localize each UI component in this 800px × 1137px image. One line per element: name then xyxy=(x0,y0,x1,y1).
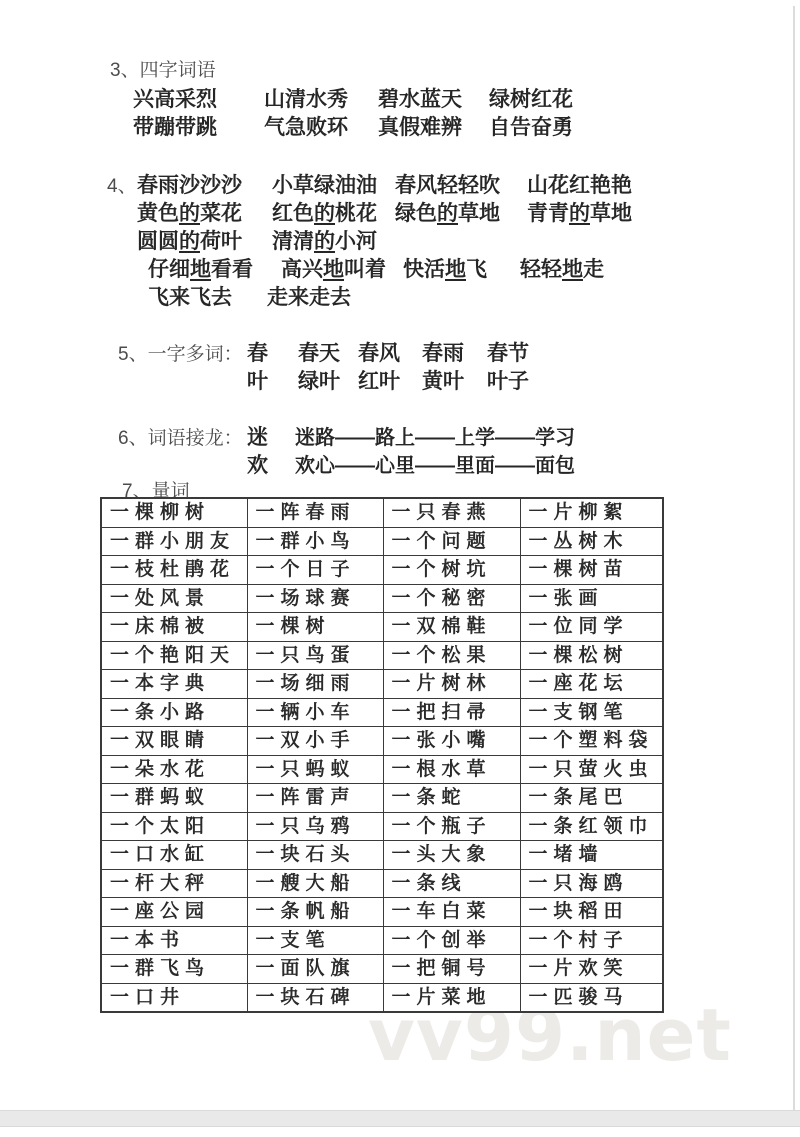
table-cell: 一张小嘴 xyxy=(383,727,520,756)
table-cell: 一把铜号 xyxy=(383,955,520,984)
four-char-word: 山清水秀 xyxy=(264,86,378,114)
table-cell: 一条红领巾 xyxy=(520,812,663,841)
section-3-title: 3、四字词语 xyxy=(110,55,216,82)
table-row: 一群蚂蚁一阵雷声一条蛇一条尾巴 xyxy=(101,784,663,813)
table-cell: 一只蚂蚁 xyxy=(247,755,383,784)
underlined-char: 的 xyxy=(179,202,200,225)
table-cell: 一群小鸟 xyxy=(247,527,383,556)
table-cell: 一把扫帚 xyxy=(383,698,520,727)
four-char-word: 绿树红花 xyxy=(489,86,573,114)
one-char-multi-word-row: 5、一字多词：春春天春风春雨春节 xyxy=(118,340,529,368)
section-5-label: 5、一字多词： xyxy=(118,341,247,369)
phrase-row: 黄色的菜花红色的桃花绿色的草地青青的草地 xyxy=(137,200,632,228)
table-cell: 一艘大船 xyxy=(247,869,383,898)
underlined-char: 的 xyxy=(314,202,335,225)
underlined-char: 的 xyxy=(314,230,335,253)
table-cell: 一棵柳树 xyxy=(101,498,247,527)
section-6-label: 6、词语接龙： xyxy=(118,425,247,453)
word: 春风 xyxy=(358,340,422,368)
table-cell: 一处风景 xyxy=(101,584,247,613)
table-cell: 一杆大秤 xyxy=(101,869,247,898)
table-cell: 一只鸟蛋 xyxy=(247,641,383,670)
phrase: 山花红艳艳 xyxy=(527,172,632,200)
table-cell: 一支笔 xyxy=(247,926,383,955)
table-cell: 一双小手 xyxy=(247,727,383,756)
four-char-word: 碧水蓝天 xyxy=(378,86,489,114)
table-row: 一个太阳一只乌鸦一个瓶子一条红领巾 xyxy=(101,812,663,841)
table-row: 一双眼睛一双小手一张小嘴一个塑料袋 xyxy=(101,727,663,756)
chain-start-char: 欢 xyxy=(247,452,295,480)
phrase: 春风轻轻吹 xyxy=(395,172,527,200)
table-cell: 一个艳阳天 xyxy=(101,641,247,670)
phrase-row: 圆圆的荷叶清清的小河 xyxy=(137,228,632,256)
table-row: 一本字典一场细雨一片树林一座花坛 xyxy=(101,670,663,699)
underlined-char: 地 xyxy=(190,258,211,281)
phrase: 快活地飞 xyxy=(403,256,520,284)
table-cell: 一块稻田 xyxy=(520,898,663,927)
table-cell: 一个问题 xyxy=(383,527,520,556)
table-row: 一朵水花一只蚂蚁一根水草一只萤火虫 xyxy=(101,755,663,784)
underlined-char: 的 xyxy=(179,230,200,253)
table-cell: 一阵雷声 xyxy=(247,784,383,813)
word: 春天 xyxy=(298,340,358,368)
table-cell: 一棵树 xyxy=(247,613,383,642)
four-char-word: 兴高采烈 xyxy=(133,86,264,114)
table-cell: 一条线 xyxy=(383,869,520,898)
chain-start-char: 迷 xyxy=(247,424,295,452)
table-cell: 一本书 xyxy=(101,926,247,955)
phrase-row: 4、春雨沙沙沙小草绿油油春风轻轻吹山花红艳艳 xyxy=(107,172,632,200)
phrase: 高兴地叫着 xyxy=(281,256,403,284)
table-cell: 一座花坛 xyxy=(520,670,663,699)
table-cell: 一条蛇 xyxy=(383,784,520,813)
four-char-word: 自告奋勇 xyxy=(489,114,573,142)
phrase-row: 仔细地看看高兴地叫着快活地飞轻轻地走 xyxy=(148,256,632,284)
phrase: 春雨沙沙沙 xyxy=(137,172,272,200)
page-separator xyxy=(0,1110,800,1127)
table-cell: 一个塑料袋 xyxy=(520,727,663,756)
underlined-char: 的 xyxy=(569,202,590,225)
four-char-word-row: 带蹦带跳气急败环真假难辨自告奋勇 xyxy=(133,114,573,142)
word: 叶 xyxy=(247,368,298,396)
table-cell: 一个树坑 xyxy=(383,556,520,585)
table-cell: 一场球赛 xyxy=(247,584,383,613)
table-row: 一个艳阳天一只鸟蛋一个松果一棵松树 xyxy=(101,641,663,670)
word: 春雨 xyxy=(422,340,487,368)
table-cell: 一片柳絮 xyxy=(520,498,663,527)
table-cell: 一场细雨 xyxy=(247,670,383,699)
word-chain: 欢心——心里——里面——面包 xyxy=(295,452,575,480)
word-chain-row: 6、词语接龙：迷迷路——路上——上学——学习 xyxy=(118,424,575,452)
four-char-word: 带蹦带跳 xyxy=(133,114,264,142)
table-cell: 一根水草 xyxy=(383,755,520,784)
table-cell: 一条帆船 xyxy=(247,898,383,927)
section-6-word-chains: 6、词语接龙：迷迷路——路上——上学——学习欢欢心——心里——里面——面包 xyxy=(0,424,575,480)
phrase: 绿色的草地 xyxy=(395,200,527,228)
section-3-word-rows: 兴高采烈山清水秀碧水蓝天绿树红花带蹦带跳气急败环真假难辨自告奋勇 xyxy=(0,86,573,142)
table-row: 一本书一支笔一个创举一个村子 xyxy=(101,926,663,955)
table-cell: 一头大象 xyxy=(383,841,520,870)
table-row: 一口井一块石碑一片菜地一匹骏马 xyxy=(101,983,663,1012)
one-char-multi-word-row: 叶绿叶红叶黄叶叶子 xyxy=(247,368,529,396)
underlined-char: 地 xyxy=(445,258,466,281)
table-cell: 一棵松树 xyxy=(520,641,663,670)
table-cell: 一位同学 xyxy=(520,613,663,642)
word-chain: 迷路——路上——上学——学习 xyxy=(295,424,575,452)
page-edge-line xyxy=(793,6,795,1110)
section-4-number: 4、 xyxy=(107,173,137,201)
table-cell: 一片欢笑 xyxy=(520,955,663,984)
table-cell: 一个松果 xyxy=(383,641,520,670)
table-row: 一群飞鸟一面队旗一把铜号一片欢笑 xyxy=(101,955,663,984)
phrase: 仔细地看看 xyxy=(148,256,281,284)
four-char-word: 气急败环 xyxy=(264,114,378,142)
table-row: 一处风景一场球赛一个秘密一张画 xyxy=(101,584,663,613)
table-cell: 一只萤火虫 xyxy=(520,755,663,784)
word: 红叶 xyxy=(358,368,422,396)
four-char-word: 真假难辨 xyxy=(378,114,489,142)
table-cell: 一只海鸥 xyxy=(520,869,663,898)
table-cell: 一个太阳 xyxy=(101,812,247,841)
table-cell: 一支钢笔 xyxy=(520,698,663,727)
table-cell: 一车白菜 xyxy=(383,898,520,927)
section-4-word-rows: 4、春雨沙沙沙小草绿油油春风轻轻吹山花红艳艳黄色的菜花红色的桃花绿色的草地青青的… xyxy=(0,172,632,312)
word: 叶子 xyxy=(487,368,529,396)
table-row: 一杆大秤一艘大船一条线一只海鸥 xyxy=(101,869,663,898)
word: 黄叶 xyxy=(422,368,487,396)
table-cell: 一片菜地 xyxy=(383,983,520,1012)
table-cell: 一朵水花 xyxy=(101,755,247,784)
table-row: 一口水缸一块石头一头大象一堵墙 xyxy=(101,841,663,870)
table-cell: 一座公园 xyxy=(101,898,247,927)
phrase-row: 飞来飞去走来走去 xyxy=(148,284,632,312)
word-chain-row: 欢欢心——心里——里面——面包 xyxy=(247,452,575,480)
underlined-char: 的 xyxy=(437,202,458,225)
table-cell: 一个日子 xyxy=(247,556,383,585)
word: 绿叶 xyxy=(298,368,358,396)
table-cell: 一片树林 xyxy=(383,670,520,699)
table-cell: 一条小路 xyxy=(101,698,247,727)
table-cell: 一丛树木 xyxy=(520,527,663,556)
table-cell: 一只乌鸦 xyxy=(247,812,383,841)
phrase: 轻轻地走 xyxy=(520,256,604,284)
table-cell: 一匹骏马 xyxy=(520,983,663,1012)
table-row: 一枝杜鹃花一个日子一个树坑一棵树苗 xyxy=(101,556,663,585)
table-cell: 一张画 xyxy=(520,584,663,613)
table-cell: 一双眼睛 xyxy=(101,727,247,756)
table-cell: 一群蚂蚁 xyxy=(101,784,247,813)
table-row: 一座公园一条帆船一车白菜一块稻田 xyxy=(101,898,663,927)
measure-words-table: 一棵柳树一阵春雨一只春燕一片柳絮一群小朋友一群小鸟一个问题一丛树木一枝杜鹃花一个… xyxy=(100,497,664,1013)
table-cell: 一棵树苗 xyxy=(520,556,663,585)
table-cell: 一块石头 xyxy=(247,841,383,870)
phrase: 飞来飞去 xyxy=(148,284,267,312)
phrase: 清清的小河 xyxy=(272,228,377,256)
table-cell: 一条尾巴 xyxy=(520,784,663,813)
phrase: 青青的草地 xyxy=(527,200,632,228)
table-cell: 一面队旗 xyxy=(247,955,383,984)
table-row: 一群小朋友一群小鸟一个问题一丛树木 xyxy=(101,527,663,556)
table-cell: 一辆小车 xyxy=(247,698,383,727)
table-cell: 一堵墙 xyxy=(520,841,663,870)
table-row: 一条小路一辆小车一把扫帚一支钢笔 xyxy=(101,698,663,727)
underlined-char: 地 xyxy=(323,258,344,281)
table-cell: 一口水缸 xyxy=(101,841,247,870)
phrase: 圆圆的荷叶 xyxy=(137,228,272,256)
phrase: 红色的桃花 xyxy=(272,200,395,228)
table-cell: 一群小朋友 xyxy=(101,527,247,556)
table-cell: 一枝杜鹃花 xyxy=(101,556,247,585)
table-cell: 一只春燕 xyxy=(383,498,520,527)
table-cell: 一阵春雨 xyxy=(247,498,383,527)
table-cell: 一双棉鞋 xyxy=(383,613,520,642)
word: 春节 xyxy=(487,340,529,368)
section-5-word-rows: 5、一字多词：春春天春风春雨春节叶绿叶红叶黄叶叶子 xyxy=(0,340,529,396)
four-char-word-row: 兴高采烈山清水秀碧水蓝天绿树红花 xyxy=(133,86,573,114)
table-cell: 一块石碑 xyxy=(247,983,383,1012)
table-cell: 一个村子 xyxy=(520,926,663,955)
underlined-char: 地 xyxy=(562,258,583,281)
phrase: 小草绿油油 xyxy=(272,172,395,200)
table-cell: 一本字典 xyxy=(101,670,247,699)
table-cell: 一床棉被 xyxy=(101,613,247,642)
word: 春 xyxy=(247,340,298,368)
phrase: 黄色的菜花 xyxy=(137,200,272,228)
phrase: 走来走去 xyxy=(267,284,351,312)
table-cell: 一个秘密 xyxy=(383,584,520,613)
table-cell: 一个创举 xyxy=(383,926,520,955)
table-row: 一床棉被一棵树一双棉鞋一位同学 xyxy=(101,613,663,642)
table-cell: 一个瓶子 xyxy=(383,812,520,841)
table-cell: 一口井 xyxy=(101,983,247,1012)
table-cell: 一群飞鸟 xyxy=(101,955,247,984)
table-row: 一棵柳树一阵春雨一只春燕一片柳絮 xyxy=(101,498,663,527)
scanned-worksheet-page: 3、四字词语 兴高采烈山清水秀碧水蓝天绿树红花带蹦带跳气急败环真假难辨自告奋勇 … xyxy=(0,0,800,1137)
